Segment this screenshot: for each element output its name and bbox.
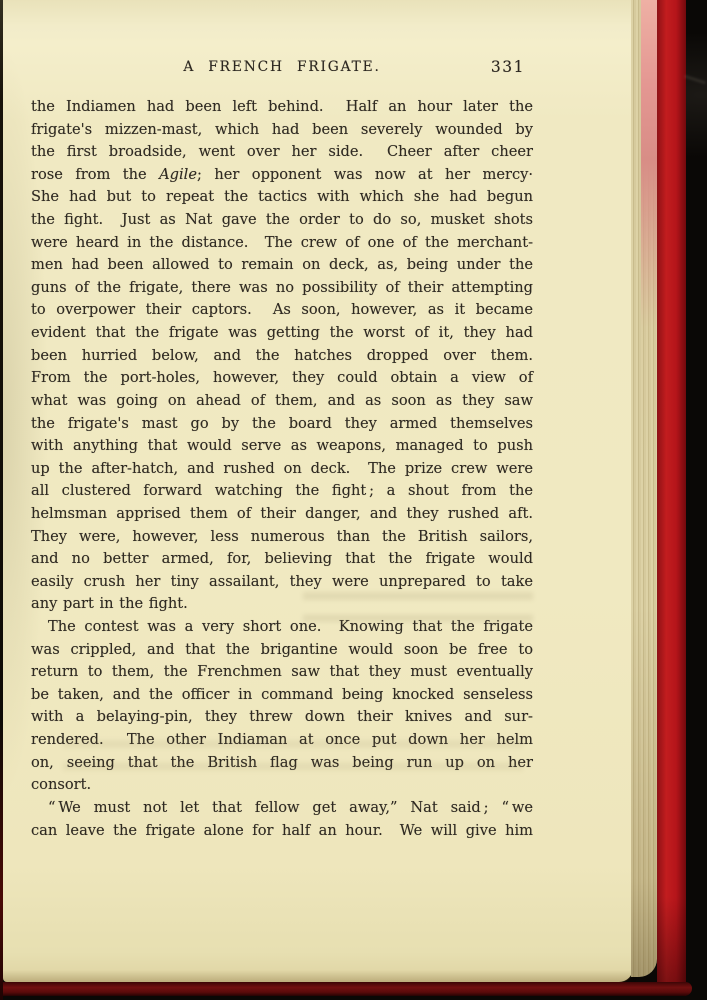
scanned-book-page: A FRENCH FRIGATE. 331 the Indiamen had b…: [0, 0, 707, 1000]
text-line: all clustered forward watching the fight…: [31, 480, 533, 503]
text-line: rose from the Agile; her opponent was no…: [31, 164, 533, 187]
text-line: They were, however, less numerous than t…: [31, 526, 533, 549]
text-line: From the port-holes, however, they could…: [31, 367, 533, 390]
body-text: the Indiamen had been left behind. Half …: [31, 96, 533, 842]
text-line: up the after-hatch, and rushed on deck. …: [31, 458, 533, 481]
text-line: what was going on ahead of them, and as …: [31, 390, 533, 413]
page-number: 331: [491, 58, 525, 76]
text-line: any part in the fight.: [31, 593, 533, 616]
text-line: men had been allowed to remain on deck, …: [31, 254, 533, 277]
text-line: The contest was a very short one. Knowin…: [31, 616, 533, 639]
text-line: return to them, the Frenchmen saw that t…: [31, 661, 533, 684]
text-line: rendered. The other Indiaman at once put…: [31, 729, 533, 752]
text-line: the first broadside, went over her side.…: [31, 141, 533, 164]
text-line: can leave the frigate alone for half an …: [31, 820, 533, 843]
text-line: was crippled, and that the brigantine wo…: [31, 639, 533, 662]
text-line: been hurried below, and the hatches drop…: [31, 345, 533, 368]
text-line: the Indiamen had been left behind. Half …: [31, 96, 533, 119]
text-line: evident that the frigate was getting the…: [31, 322, 533, 345]
text-line: frigate's mizzen-mast, which had been se…: [31, 119, 533, 142]
page-edge-pink-tint: [641, 0, 657, 470]
text-line: be taken, and the officer in command bei…: [31, 684, 533, 707]
book-page-paper: A FRENCH FRIGATE. 331 the Indiamen had b…: [3, 0, 633, 982]
running-title: A FRENCH FRIGATE.: [31, 59, 533, 75]
book-cover-right: [657, 0, 686, 996]
background-streak: [684, 75, 706, 85]
text-line: with a belaying-pin, they threw down the…: [31, 706, 533, 729]
book-cover-bottom: [0, 982, 692, 996]
scan-left-edge: [0, 0, 3, 1000]
text-line: the fight. Just as Nat gave the order to…: [31, 209, 533, 232]
text-line: were heard in the distance. The crew of …: [31, 232, 533, 255]
text-line: on, seeing that the British flag was bei…: [31, 752, 533, 775]
text-line: easily crush her tiny assailant, they we…: [31, 571, 533, 594]
text-line: “ We must not let that fellow get away,”…: [31, 797, 533, 820]
text-line: to overpower their captors. As soon, how…: [31, 299, 533, 322]
text-line: guns of the frigate, there was no possib…: [31, 277, 533, 300]
page-header: A FRENCH FRIGATE. 331: [31, 59, 533, 81]
text-line: She had but to repeat the tactics with w…: [31, 186, 533, 209]
text-line: consort.: [31, 774, 533, 797]
text-line: and no better armed, for, believing that…: [31, 548, 533, 571]
text-line: with anything that would serve as weapon…: [31, 435, 533, 458]
text-line: the frigate's mast go by the board they …: [31, 413, 533, 436]
text-line: helmsman apprised them of their danger, …: [31, 503, 533, 526]
